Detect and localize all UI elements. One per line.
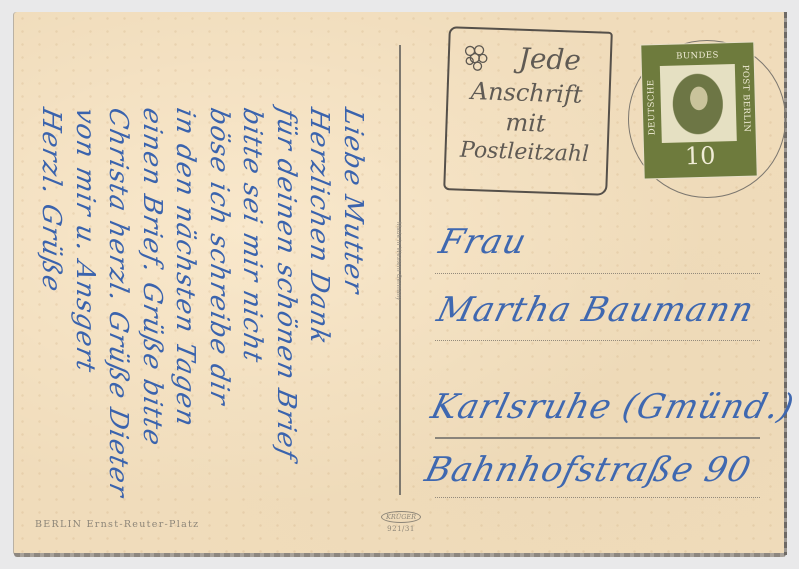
address-line: Martha Baumann <box>433 290 758 330</box>
deckled-edge-right <box>784 12 787 555</box>
cancel-text-line: mit <box>447 108 604 137</box>
address-line: Bahnhofstraße 90 <box>421 450 756 490</box>
cancel-text-line: Postleitzahl <box>446 138 603 167</box>
made-in-label: Made in Western Germany <box>395 222 401 300</box>
address-dotted-line <box>435 340 760 341</box>
message-line: Liebe Mutter <box>336 104 370 500</box>
message-line: von mir u. Ansgert <box>68 104 102 500</box>
message-line: Herzl. Grüße <box>34 104 68 500</box>
stamp-right-text: POST BERLIN <box>740 65 752 133</box>
publisher-mark: KRÜGER 921/31 <box>378 504 424 533</box>
message-line: für deinen schönen Brief <box>269 104 303 500</box>
message-line: Christa herzl. Grüße Dieter <box>101 104 135 500</box>
address-dotted-line <box>435 497 760 498</box>
address-underline <box>435 437 760 439</box>
message-line: Herzlichen Dank <box>302 104 336 500</box>
stamp-portrait <box>660 64 737 143</box>
handwritten-message: Liebe Mutter Herzlichen Dank für deinen … <box>34 108 369 497</box>
stamp-top-text: BUNDES <box>641 50 753 63</box>
cancel-text-line: Anschrift <box>448 78 605 107</box>
cancel-text-line: Jede <box>471 45 628 74</box>
stamp-value: 10 <box>644 141 757 172</box>
publisher-logo: KRÜGER <box>381 511 421 523</box>
postage-stamp: BUNDES DEUTSCHE POST BERLIN 10 <box>641 43 756 179</box>
portrait-icon <box>668 68 728 139</box>
address-line: Karlsruhe (Gmünd.) <box>427 387 799 427</box>
message-line: in den nächsten Tagen <box>168 104 202 500</box>
postal-slogan-cancel: Jede Anschrift mit Postleitzahl <box>443 26 613 196</box>
deckled-edge-bottom <box>14 553 786 557</box>
publisher-number: 921/31 <box>378 525 424 533</box>
message-line: bitte sei mir nicht <box>235 104 269 500</box>
message-line: einen Brief. Grüße bitte <box>135 104 169 500</box>
address-dotted-line <box>435 273 760 274</box>
stamp-left-text: DEUTSCHE <box>646 79 657 135</box>
message-line: böse ich schreibe dir <box>202 104 236 500</box>
picture-caption: BERLIN Ernst-Reuter-Platz <box>35 519 199 530</box>
address-line: Frau <box>435 222 531 262</box>
